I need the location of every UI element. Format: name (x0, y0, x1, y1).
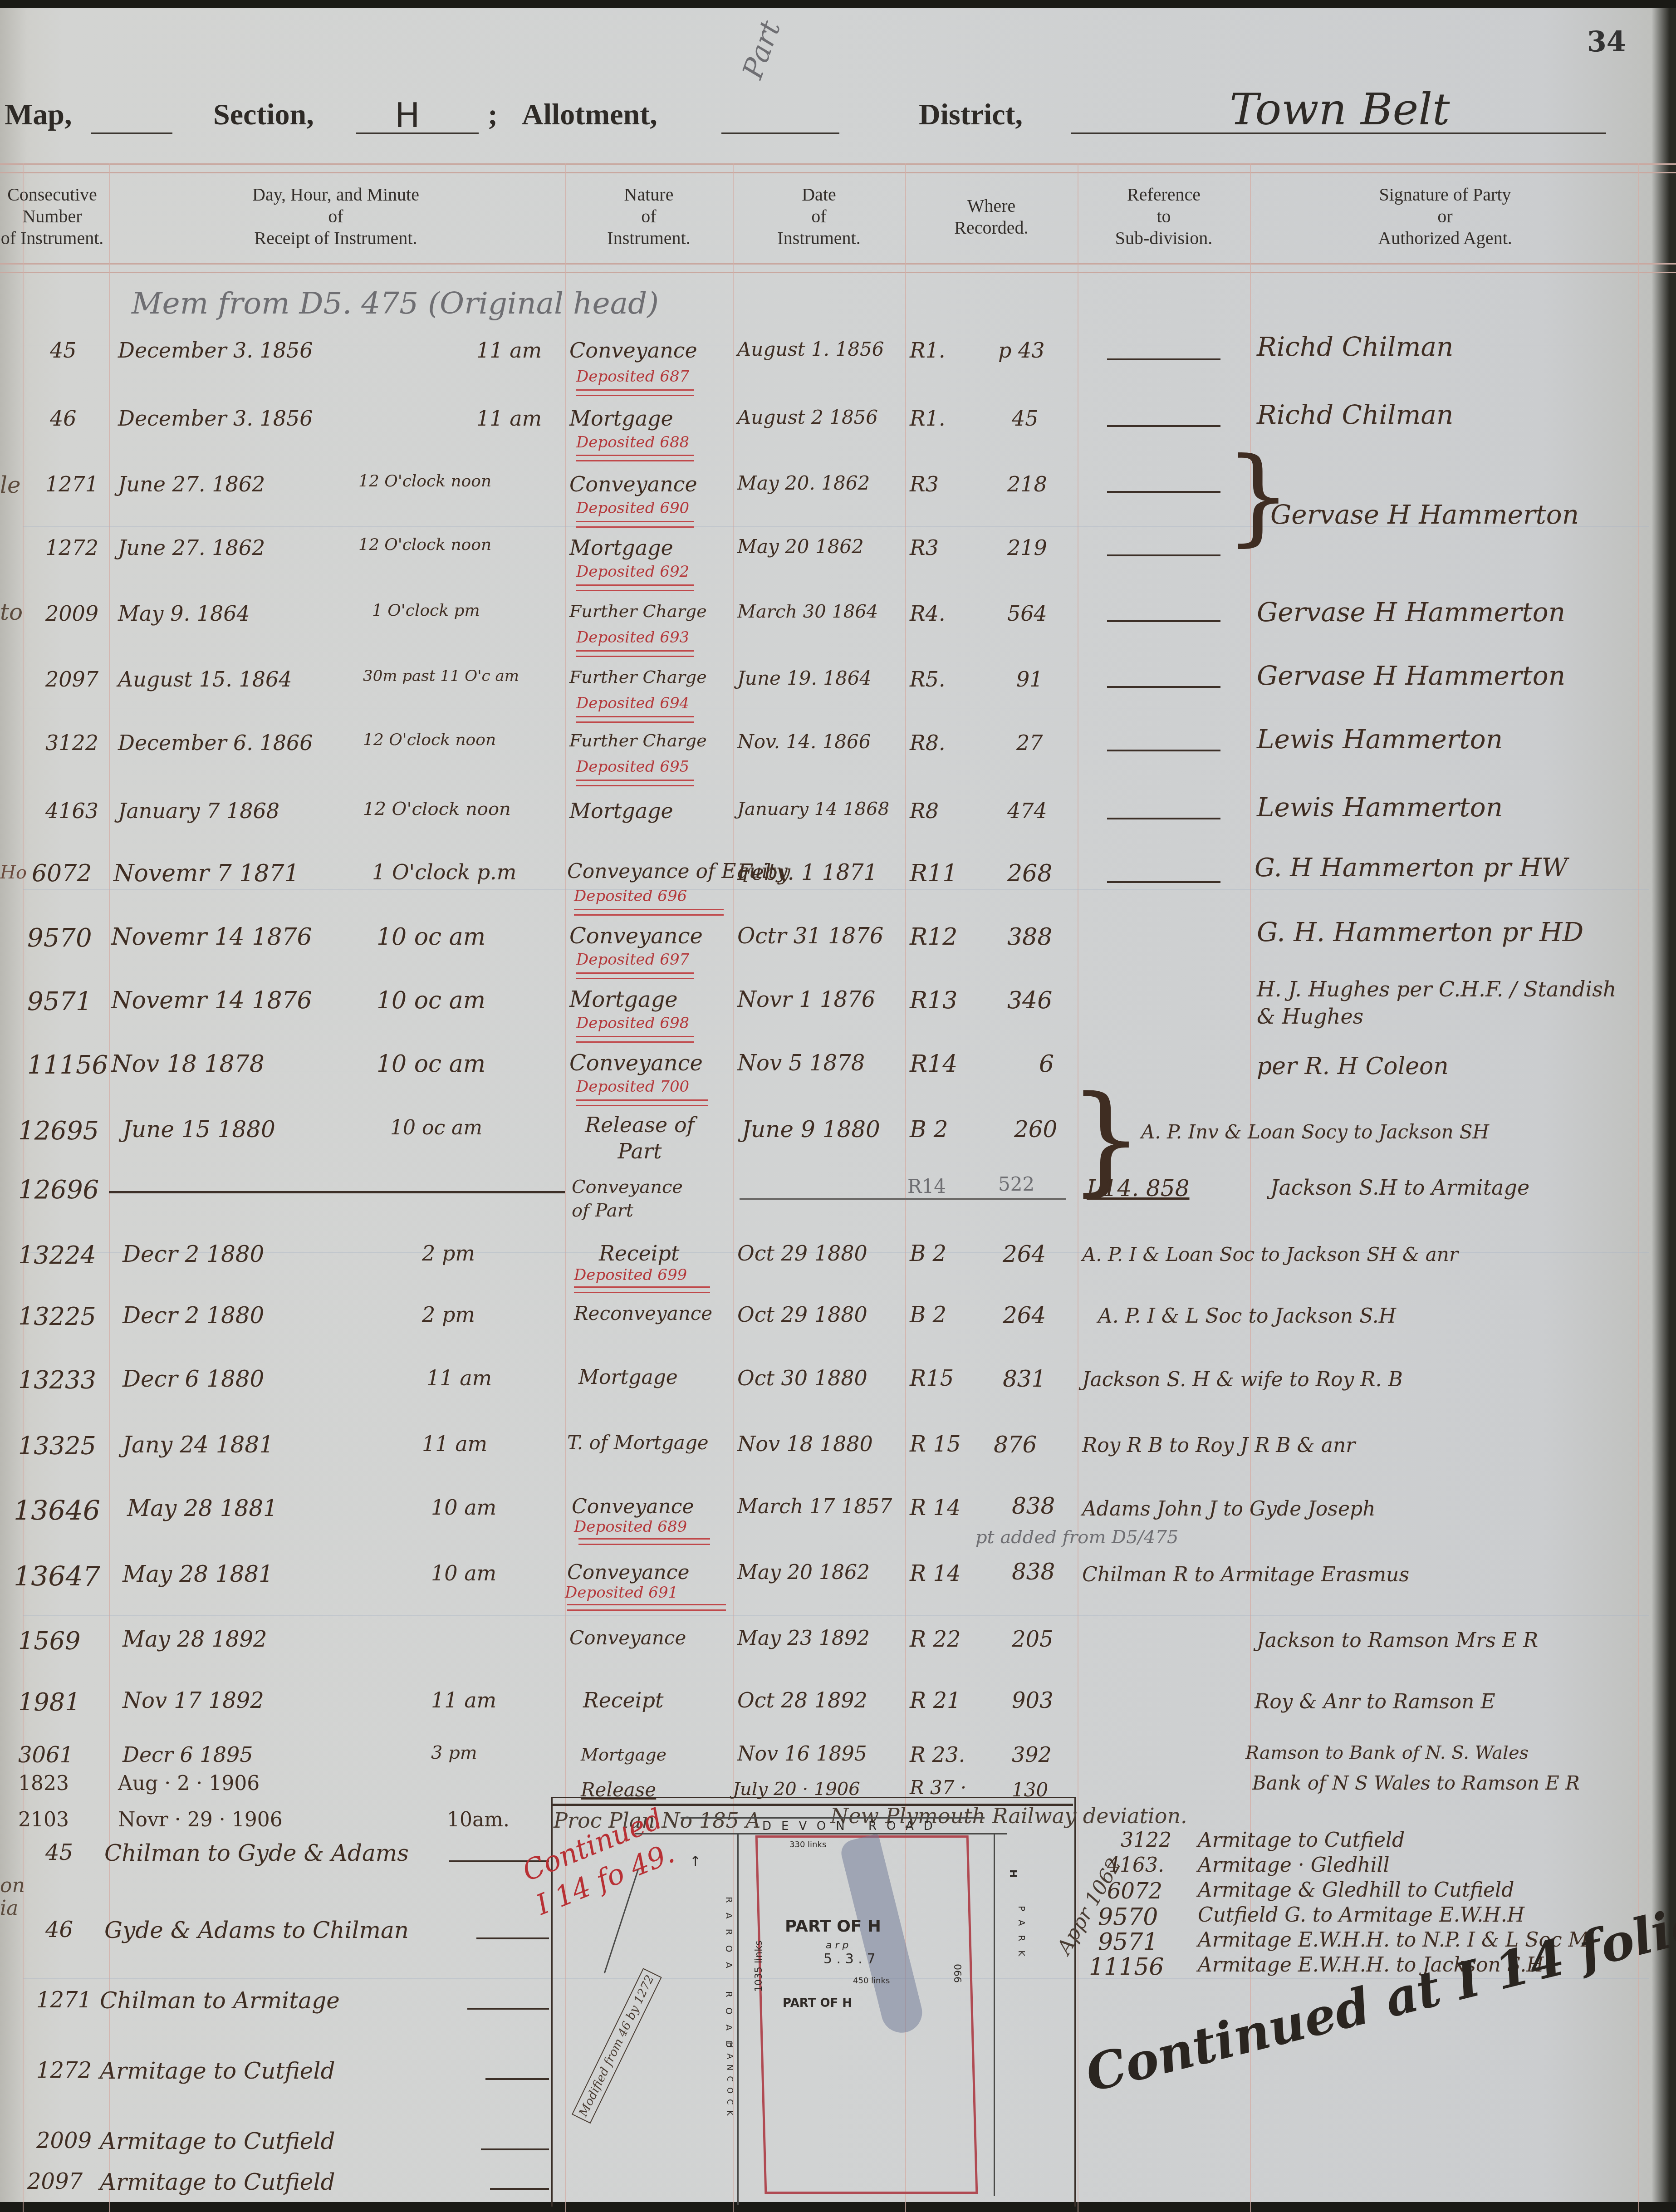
col-rule-7 (1638, 163, 1639, 2212)
red-double-underline (578, 1538, 710, 1545)
entry-folio: 838 (1012, 1493, 1055, 1519)
reference-dash (1107, 554, 1220, 556)
district-value: Town Belt (1230, 84, 1450, 135)
entry-number: 46 (50, 406, 77, 431)
summary-right-number: 4163. (1107, 1854, 1164, 1877)
reference-dash (1107, 686, 1220, 688)
entry-book: R4. (910, 601, 946, 626)
entry-book: R3 (910, 472, 939, 496)
entry-number: 1981 (18, 1688, 80, 1717)
column-header-date: Date of Instrument. (733, 184, 905, 249)
entry-book: R 15 (910, 1432, 961, 1457)
reference-dash (1107, 491, 1220, 493)
entry-nature: Mortgage (569, 535, 673, 560)
allotment-label: Allotment, (522, 98, 657, 132)
entry-signature: Jackson to Ramson Mrs E R (1257, 1629, 1538, 1652)
entry-receipt-time: 2 pm (422, 1241, 475, 1265)
entry-signature: A. P. I & Loan Soc to Jackson SH & anr (1082, 1243, 1458, 1265)
entry-receipt-time: 10 oc am (390, 1116, 482, 1139)
entry-receipt-date: Novemr 14 1876 (111, 923, 312, 951)
signature-brace: } (1225, 436, 1291, 557)
red-double-underline (576, 455, 694, 461)
entry-number: 2009 (45, 601, 98, 626)
entry-folio: 218 (1007, 472, 1047, 496)
entry-nature: Mortgage (581, 1745, 666, 1765)
red-double-underline (574, 909, 724, 916)
entry-deposited: Deposited 693 (576, 628, 689, 647)
entry-date: Octr 31 1876 (737, 923, 883, 949)
entry-folio: 260 (1014, 1116, 1057, 1143)
reference-dash (1107, 750, 1220, 751)
entry-date: May 20 1862 (737, 535, 864, 558)
receipt-blank-line (109, 1191, 565, 1193)
entry-book: B 2 (910, 1116, 948, 1143)
entry-deposited: Deposited 695 (576, 758, 689, 776)
right-h-label: H (1007, 1869, 1019, 1878)
entry-receipt-date: December 6. 1866 (118, 731, 313, 755)
entry-book: R1. (910, 338, 946, 363)
entry-deposited: Deposited 699 (574, 1266, 687, 1284)
entry-book: B 2 (910, 1241, 946, 1266)
column-header-nature: Nature of Instrument. (565, 184, 733, 249)
entry-number: 45 (50, 338, 77, 363)
entry-folio: 474 (1007, 799, 1047, 823)
entry-number: 13325 (18, 1432, 96, 1460)
entry-date: June 19. 1864 (737, 667, 872, 689)
entry-folio: 45 (1012, 406, 1039, 431)
entry-receipt-time: 1 O'clock pm (372, 601, 480, 620)
right-length: 990 (953, 1964, 964, 1983)
summary-right-number: 6072 (1107, 1878, 1162, 1904)
pencil-note-added: pt added from D5/475 (975, 1527, 1178, 1548)
entry-nature: Conveyance (569, 1627, 686, 1649)
entry-signature: Gervase H Hammerton (1270, 499, 1579, 530)
entry-date: Feby. 1 1871 (737, 860, 877, 885)
column-header-recorded: Where Recorded. (905, 195, 1078, 239)
park-label: PARK (1016, 1906, 1027, 1965)
bottom-part-label: PART OF H (783, 1996, 852, 2010)
summary-text: Armitage to Cutfield (100, 2128, 335, 2154)
entry-receipt-time: 11 am (476, 406, 542, 431)
entry-book: R13 (910, 987, 957, 1014)
entry-receipt-date: January 7 1868 (118, 799, 279, 823)
entry-receipt-date: May 28 1881 (127, 1495, 278, 1521)
map-label: Map, (5, 98, 72, 132)
entry-signature: Jackson S.H to Armitage (1270, 1175, 1529, 1200)
entry-number: 13225 (18, 1302, 96, 1331)
entry-signature: G. H Hammerton pr HW (1255, 853, 1568, 883)
entry-book: R5. (910, 667, 946, 692)
entry-number: 12695 (18, 1116, 99, 1146)
entry-number: 13224 (18, 1241, 96, 1270)
entry-book: R8. (910, 731, 946, 755)
entry-reference: I 14. 858 (1087, 1175, 1190, 1202)
entry-number: 6072 (32, 860, 92, 887)
entry-signature: Gervase H Hammerton (1257, 660, 1565, 691)
ruling (23, 889, 1649, 890)
date-blank-line (740, 1198, 1066, 1200)
entry-deposited: Deposited 698 (576, 1014, 689, 1032)
entry-nature: Receipt (599, 1241, 680, 1265)
entry-folio: 264 (1003, 1241, 1046, 1267)
entry-receipt-date: Decr 2 1880 (123, 1302, 264, 1329)
entry-receipt-time: 10 oc am (377, 1050, 485, 1078)
entry-folio: 219 (1007, 535, 1047, 560)
entry-date: Nov 16 1895 (737, 1742, 867, 1766)
page-number: 34 (1587, 25, 1626, 58)
summary-right-number: 9571 (1098, 1928, 1158, 1956)
entry-receipt-time: 11 am (426, 1366, 492, 1390)
summary-text: Chilman to Armitage (100, 1987, 340, 2014)
entry-nature: Conveyance (569, 923, 703, 949)
entry-receipt-time: 10 oc am (377, 923, 485, 951)
entry-nature: Mortgage (569, 987, 678, 1012)
entry-book: R 37 · (910, 1776, 966, 1799)
entry-nature: T. of Mortgage (567, 1432, 709, 1454)
entry-deposited: Deposited 697 (576, 951, 689, 969)
entry-folio: 205 (1012, 1627, 1054, 1652)
red-double-underline (576, 650, 694, 657)
entry-signature: Richd Chilman (1257, 399, 1453, 430)
entry-signature: Bank of N S Wales to Ramson E R (1252, 1772, 1580, 1794)
margin-fragment: to (0, 599, 23, 625)
entry-date: May 20. 1862 (737, 472, 870, 494)
summary-number: 1271 (36, 1987, 92, 2013)
entry-signature: G. H. Hammerton pr HD (1257, 917, 1583, 947)
summary-number: 46 (45, 1917, 73, 1942)
entry-book: R 14 (910, 1495, 961, 1520)
entry-receipt-time: 11 am (476, 338, 542, 363)
summary-right-text: Cutfield G. to Armitage E.W.H.H (1198, 1903, 1524, 1927)
summary-dash (490, 2188, 549, 2190)
entry-receipt-time: 10 am (431, 1495, 496, 1520)
entry-nature: Conveyance (567, 1561, 690, 1584)
register-page: 34 Map, Section, H ; Allotment, Part Dis… (0, 0, 1676, 2212)
red-double-underline (576, 1099, 708, 1106)
entry-book: R1. (910, 406, 946, 431)
margin-fragment: le (0, 472, 21, 498)
entry-receipt-time: 10 am (431, 1561, 496, 1585)
entry-deposited: Deposited 691 (565, 1584, 678, 1602)
summary-number: 2097 (27, 2169, 83, 2194)
column-header-reference: Reference to Sub-division. (1078, 184, 1250, 249)
entry-signature: Jackson S. H & wife to Roy R. B (1082, 1368, 1403, 1391)
north-arrow-head: ↑ (690, 1854, 701, 1869)
summary-right-text: Armitage · Gledhill (1198, 1854, 1390, 1877)
summary-right-number: 9570 (1098, 1903, 1158, 1931)
entry-deposited: Deposited 688 (576, 433, 689, 451)
reference-dash (1107, 425, 1220, 427)
entry-nature: Conveyance (569, 1050, 703, 1076)
summary-number: 2009 (36, 2128, 92, 2153)
entry-date: Oct 30 1880 (737, 1366, 867, 1390)
entry-book: R14 (910, 1050, 957, 1078)
entry-date: Nov 5 1878 (737, 1050, 865, 1076)
entry-receipt-time: 12 O'clock noon (363, 799, 511, 819)
entry-number: 4163 (45, 799, 98, 823)
entry-signature: Lewis Hammerton (1257, 792, 1503, 823)
entry-signature: Adams John J to Gyde Joseph (1082, 1497, 1376, 1520)
entry-signature: Roy & Anr to Ramson E (1255, 1690, 1495, 1713)
entry-number: 12696 (18, 1175, 99, 1205)
entry-number: 13233 (18, 1366, 96, 1394)
entry-receipt-time: 12 O'clock noon (363, 731, 496, 749)
entry-date: Oct 29 1880 (737, 1241, 867, 1265)
entry-receipt-date: June 27. 1862 (118, 472, 265, 496)
entry-folio: 388 (1007, 923, 1052, 951)
entry-receipt-date: Novemr 14 1876 (111, 987, 312, 1014)
red-double-underline (576, 780, 694, 786)
entry-deposited: Deposited 700 (576, 1078, 689, 1096)
top-width: 330 links (789, 1840, 826, 1849)
entry-book: R8 (910, 799, 939, 823)
entry-nature: Conveyance (569, 338, 697, 363)
entry-receipt-date: December 3. 1856 (118, 406, 313, 431)
entry-deposited: Deposited 696 (574, 887, 687, 905)
entry-deposited: Deposited 692 (576, 563, 689, 581)
entry-date: Novr 1 1876 (737, 987, 875, 1012)
entry-date: January 14 1868 (737, 799, 889, 819)
summary-text: Gyde & Adams to Chilman (104, 1917, 409, 1943)
reference-dash (1107, 881, 1220, 883)
entry-nature: Further Charge (569, 667, 707, 687)
entry-receipt-date: Decr 6 1880 (123, 1366, 264, 1392)
entry-receipt-date: Decr 6 1895 (123, 1742, 253, 1767)
devon-road-label: DEVON ROAD (762, 1820, 943, 1833)
road-edge (737, 1833, 739, 2205)
district-label: District, (919, 98, 1023, 132)
entry-receipt-date: Decr 2 1880 (123, 1241, 264, 1267)
summary-text: Chilman to Gyde & Adams (104, 1840, 409, 1866)
area-value: 5 . 3 . 7 (823, 1951, 875, 1967)
entry-receipt-date: Nov 18 1878 (111, 1050, 265, 1078)
entry-receipt-time: 11 am (431, 1688, 496, 1712)
red-double-underline (576, 584, 694, 591)
entry-receipt-time: 11 am (422, 1432, 487, 1456)
entry-book: R 14 (910, 1561, 961, 1586)
entry-folio: 91 (1016, 667, 1043, 692)
entry-number: 9571 (27, 987, 92, 1016)
summary-number: 45 (45, 1840, 73, 1865)
road-edge (635, 1833, 1007, 1834)
entry-number: 1569 (18, 1627, 80, 1655)
entry-number: 3061 (18, 1742, 74, 1768)
entry-signature: H. J. Hughes per C.H.F. / Standish & Hug… (1257, 976, 1629, 1030)
summary-text: Armitage to Cutfield (100, 2169, 335, 2195)
entry-nature: Release of Part (581, 1112, 699, 1164)
entry-nature: Mortgage (578, 1366, 678, 1389)
entry-date: June 9 1880 (742, 1116, 880, 1143)
entry-book: R14 (907, 1175, 946, 1197)
column-header-receipt: Day, Hour, and Minute of Receipt of Inst… (200, 184, 472, 249)
entry-receipt-date: Novr · 29 · 1906 (118, 1808, 283, 1831)
entry-number: 13646 (14, 1495, 100, 1527)
summary-right-text: Armitage & Gledhill to Cutfield (1198, 1878, 1514, 1902)
entry-folio: 392 (1012, 1742, 1052, 1767)
entry-nature: Conveyance (569, 472, 697, 496)
entry-deposited: Deposited 690 (576, 499, 689, 517)
summary-number: 1272 (36, 2058, 92, 2083)
ruling (23, 708, 1649, 708)
summary-dash (467, 2008, 549, 2010)
reference-dash (1107, 620, 1220, 622)
pencil-note-head: Mem from D5. 475 (Original head) (132, 286, 659, 321)
column-head-double-rule (0, 263, 1676, 273)
ruling (23, 1615, 1649, 1616)
entry-date: August 2 1856 (737, 406, 878, 428)
entry-date: May 20 1862 (737, 1561, 870, 1584)
column-header-signature: Signature of Party or Authorized Agent. (1250, 184, 1640, 249)
left-road-label: RAROA ROAD (724, 1897, 735, 2057)
entry-date: May 23 1892 (737, 1627, 870, 1650)
entry-date: March 30 1864 (737, 601, 878, 622)
entry-folio: 522 (998, 1173, 1034, 1195)
entry-deposited: Deposited 689 (574, 1518, 687, 1536)
entry-signature: Gervase H Hammerton (1257, 597, 1565, 628)
entry-signature: A. P. I & L Soc to Jackson S.H (1098, 1305, 1396, 1328)
entry-nature: Conveyance of Part (572, 1175, 699, 1222)
margin-fragment: ia (0, 1897, 18, 1920)
entry-number: 3122 (45, 731, 98, 755)
entry-number: 2097 (45, 667, 98, 692)
section-label: Section, (213, 98, 314, 132)
entry-date: Nov 18 1880 (737, 1432, 873, 1456)
entry-receipt-date: December 3. 1856 (118, 338, 313, 363)
entry-receipt-date: Jany 24 1881 (123, 1432, 274, 1458)
semicolon: ; (488, 98, 498, 132)
red-double-underline (576, 716, 694, 723)
entry-receipt-time: 12 O'clock noon (358, 472, 491, 490)
red-double-underline (574, 1286, 710, 1293)
entry-folio: 346 (1007, 987, 1052, 1014)
entry-number: 1823 (18, 1772, 69, 1795)
entry-folio: 838 (1012, 1559, 1055, 1585)
entry-receipt-time: 3 pm (431, 1742, 477, 1763)
header-double-rule (0, 163, 1676, 173)
entry-folio: 564 (1007, 601, 1047, 626)
reference-dash (1107, 818, 1220, 819)
entry-receipt-time: 10am. (447, 1808, 510, 1831)
red-double-underline (576, 972, 694, 979)
allotment-value: Part (735, 16, 787, 83)
entry-receipt-date: May 9. 1864 (118, 601, 250, 626)
entry-number: 13647 (14, 1561, 100, 1593)
summary-right-number: 11156 (1089, 1953, 1164, 1981)
entry-date: August 1. 1856 (737, 338, 884, 360)
summary-right-number: 3122 (1121, 1829, 1171, 1852)
entry-receipt-time: 1 O'clock p.m (372, 860, 516, 884)
entry-receipt-time: 2 pm (422, 1302, 475, 1327)
entry-receipt-date: Aug · 2 · 1906 (118, 1772, 260, 1795)
entry-deposited: Deposited 694 (576, 694, 689, 712)
entry-nature: Further Charge (569, 601, 707, 621)
entry-book: R15 (910, 1366, 954, 1391)
left-road-lower-label: HANCOCK (725, 2042, 735, 2121)
entry-signature: Ramson to Bank of N. S. Wales (1245, 1742, 1529, 1763)
bottom-width: 450 links (853, 1976, 890, 1986)
entry-book: R 22 (910, 1627, 961, 1652)
section-value: H (395, 96, 420, 135)
entry-signature: Chilman R to Armitage Erasmus (1082, 1563, 1409, 1586)
entry-date: Nov. 14. 1866 (737, 731, 871, 753)
entry-receipt-date: Nov 17 1892 (123, 1688, 264, 1713)
entry-book: R11 (910, 860, 957, 887)
column-header-number: Consecutive Number of Instrument. (0, 184, 113, 249)
entry-receipt-time: 30m past 11 O'c am (363, 667, 519, 685)
entry-receipt-date: May 28 1892 (123, 1627, 267, 1652)
entry-folio: 831 (1003, 1366, 1046, 1392)
summary-text: Armitage to Cutfield (100, 2058, 335, 2084)
entry-deposited: Deposited 687 (576, 368, 689, 386)
entry-folio: 903 (1012, 1688, 1054, 1713)
summary-right-text: Armitage to Cutfield (1198, 1829, 1405, 1852)
entry-nature: Reconveyance (574, 1302, 712, 1324)
entry-book: B 2 (910, 1302, 946, 1328)
entry-folio: 27 (1016, 731, 1043, 755)
entry-number: 1271 (45, 472, 98, 496)
road-edge (994, 1833, 995, 2196)
entry-receipt-date: June 27. 1862 (118, 535, 265, 560)
entry-folio: p 43 (998, 338, 1045, 363)
road-edge (681, 1817, 985, 1819)
area-units: a r p (826, 1940, 848, 1951)
entry-receipt-date: May 28 1881 (123, 1561, 273, 1587)
entry-folio: 264 (1003, 1302, 1046, 1329)
margin-fragment: Ho (0, 862, 27, 883)
allotment-line (721, 132, 839, 134)
entry-book: R12 (910, 923, 957, 951)
col-rule-1 (109, 163, 110, 2212)
entry-signature: Roy R B to Roy J R B & anr (1082, 1434, 1355, 1457)
entry-nature: Mortgage (569, 406, 673, 431)
entry-signature: Lewis Hammerton (1257, 724, 1503, 755)
reference-dash (1107, 358, 1220, 360)
entry-date: Oct 28 1892 (737, 1688, 867, 1712)
entry-folio: 6 (1039, 1050, 1054, 1078)
entry-date: Oct 29 1880 (737, 1302, 867, 1327)
entry-folio: 876 (994, 1432, 1037, 1458)
entry-nature: Receipt (583, 1688, 664, 1712)
entry-receipt-time: 12 O'clock noon (358, 535, 491, 554)
left-length: 1035 links (753, 1941, 764, 1992)
red-double-underline (576, 389, 694, 396)
entry-number: 11156 (27, 1050, 108, 1080)
parcel-label: PART OF H (785, 1917, 881, 1936)
entry-receipt-date: August 15. 1864 (118, 667, 292, 692)
red-double-underline (576, 1036, 694, 1043)
entry-nature: Further Charge (569, 731, 707, 750)
entry-book: R 23. (910, 1742, 965, 1767)
entry-book: R 21 (910, 1688, 961, 1713)
entry-receipt-date: June 15 1880 (123, 1116, 275, 1143)
summary-dash (485, 2078, 549, 2080)
scan-edge-top (0, 0, 1676, 8)
entry-folio: 268 (1007, 860, 1052, 887)
entry-number: 2103 (18, 1808, 69, 1831)
entry-signature: Richd Chilman (1257, 331, 1453, 362)
entry-nature: Conveyance (572, 1495, 694, 1518)
entry-number: 9570 (27, 923, 92, 953)
entry-book: R3 (910, 535, 939, 560)
entry-signature: per R. H Coleon (1257, 1053, 1449, 1080)
summary-dash (481, 2148, 549, 2150)
entry-receipt-time: 10 oc am (377, 987, 485, 1014)
entry-receipt-date: Novemr 7 1871 (113, 860, 299, 887)
summary-dash (476, 1937, 549, 1939)
entry-date: March 17 1857 (737, 1495, 892, 1518)
entry-nature: Mortgage (569, 799, 673, 823)
entry-signature: A. P. Inv & Loan Socy to Jackson SH (1141, 1121, 1489, 1143)
